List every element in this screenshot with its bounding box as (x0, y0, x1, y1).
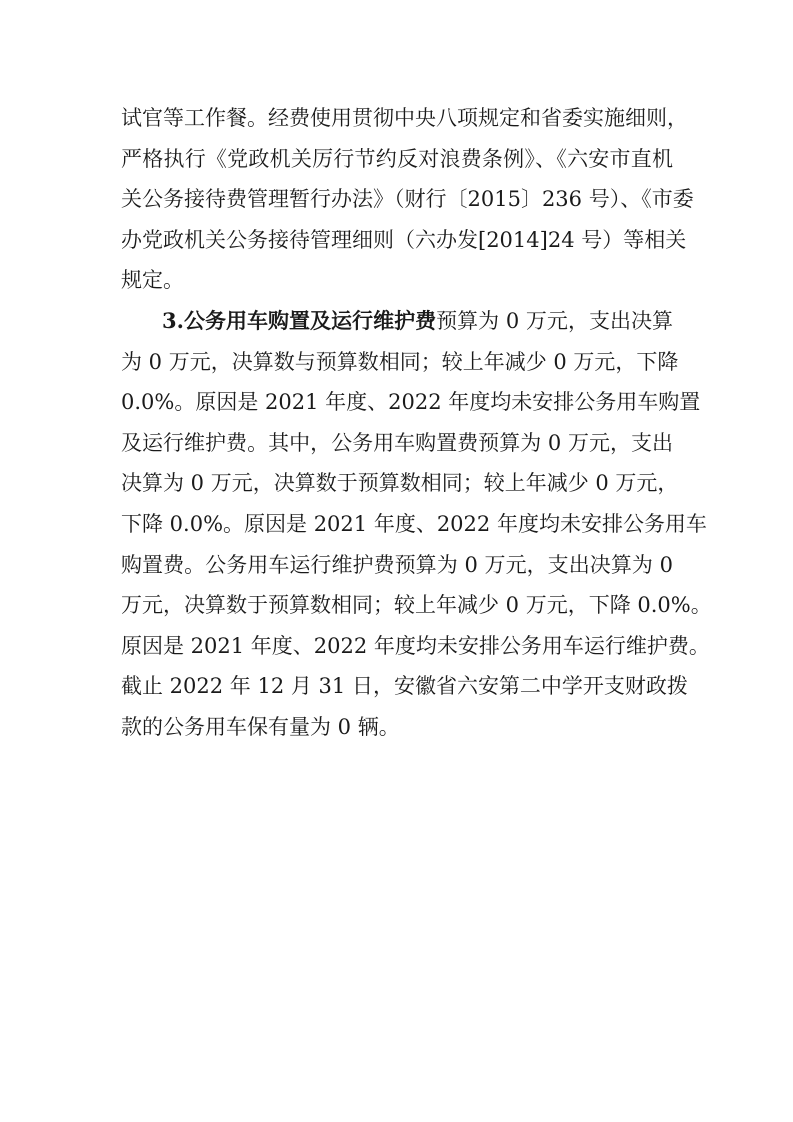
text-line: 及运行维护费。其中，公务用车购置费预算为 0 万元，支出 (121, 425, 673, 466)
text-line: 决算为 0 万元，决算数于预算数相同；较上年减少 0 万元， (121, 465, 673, 506)
text-line: 截止 2022 年 12 月 31 日，安徽省六安第二中学开支财政拨 (121, 668, 673, 709)
text-line: 购置费。公务用车运行维护费预算为 0 万元，支出决算为 0 (121, 547, 673, 588)
text-line: 0.0%。原因是 2021 年度、2022 年度均未安排公务用车购置 (121, 384, 673, 425)
text-line: 办党政机关公务接待管理细则（六办发[2014]24 号）等相关 (121, 222, 673, 263)
paragraph-official-reception: 试官等工作餐。经费使用贯彻中央八项规定和省委实施细则， 严格执行《党政机关厉行节… (121, 100, 673, 303)
text-line: 款的公务用车保有量为 0 辆。 (121, 709, 673, 750)
text-line-with-heading: 3.公务用车购置及运行维护费预算为 0 万元，支出决算 (121, 303, 673, 344)
text-line: 下降 0.0%。原因是 2021 年度、2022 年度均未安排公务用车 (121, 506, 673, 547)
text-line: 严格执行《党政机关厉行节约反对浪费条例》、《六安市直机 (121, 141, 673, 182)
text-line: 原因是 2021 年度、2022 年度均未安排公务用车运行维护费。 (121, 628, 673, 669)
text-line: 试官等工作餐。经费使用贯彻中央八项规定和省委实施细则， (121, 100, 673, 141)
text-line-continuation: 预算为 0 万元，支出决算 (436, 309, 673, 333)
paragraph-vehicle-expenses: 3.公务用车购置及运行维护费预算为 0 万元，支出决算 为 0 万元，决算数与预… (121, 303, 673, 750)
text-line: 关公务接待费管理暂行办法》（财行〔2015〕236 号）、《市委 (121, 181, 673, 222)
section-heading: 3.公务用车购置及运行维护费 (162, 308, 436, 333)
text-line: 为 0 万元，决算数与预算数相同；较上年减少 0 万元，下降 (121, 344, 673, 385)
document-page: 试官等工作餐。经费使用贯彻中央八项规定和省委实施细则， 严格执行《党政机关厉行节… (121, 100, 673, 750)
text-line: 万元，决算数于预算数相同；较上年减少 0 万元，下降 0.0%。 (121, 587, 673, 628)
text-line: 规定。 (121, 262, 673, 303)
